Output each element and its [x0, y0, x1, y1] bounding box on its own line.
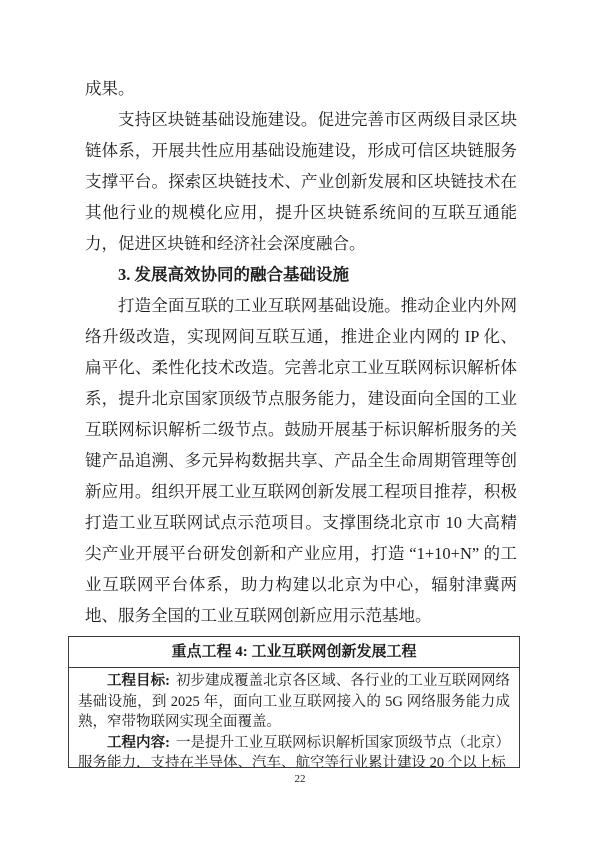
document-page: 成果。 支持区块链基础设施建设。促进完善市区两级目录区块链体系，开展共性应用基础… [0, 0, 600, 848]
project-content-paragraph: 工程内容:一是提升工业互联网标识解析国家顶级节点（北京）服务能力，支持在半导体、… [78, 733, 510, 769]
paragraph-blockchain: 支持区块链基础设施建设。促进完善市区两级目录区块链体系，开展共性应用基础设施建设… [85, 104, 517, 259]
project-goal-paragraph: 工程目标:初步建成覆盖北京各区域、各行业的工业互联网网络基础设施，到 2025 … [78, 671, 510, 733]
page-number: 22 [0, 772, 600, 786]
key-project-box: 重点工程 4: 工业互联网创新发展工程 工程目标:初步建成覆盖北京各区域、各行业… [68, 636, 520, 768]
paragraph-industrial-internet: 打造全面互联的工业互联网基础设施。推动企业内外网络升级改造，实现网间互联互通，推… [85, 290, 517, 631]
paragraph-fragment: 成果。 [85, 73, 517, 104]
key-project-title: 重点工程 4: 工业互联网创新发展工程 [69, 637, 519, 668]
project-goal-label: 工程目标: [107, 673, 170, 689]
section-heading: 3. 发展高效协同的融合基础设施 [85, 259, 517, 290]
project-content-label: 工程内容: [107, 735, 170, 751]
document-body: 成果。 支持区块链基础设施建设。促进完善市区两级目录区块链体系，开展共性应用基础… [85, 73, 517, 631]
key-project-body: 工程目标:初步建成覆盖北京各区域、各行业的工业互联网网络基础设施，到 2025 … [69, 668, 519, 768]
